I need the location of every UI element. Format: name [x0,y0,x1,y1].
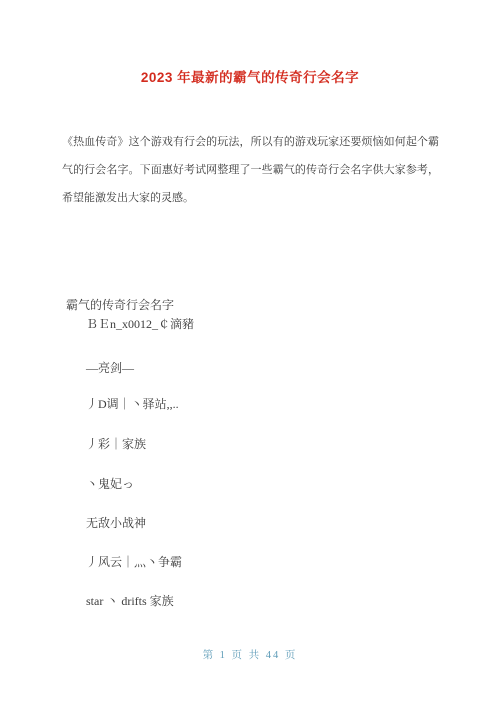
guild-name-item: 丿彩｜家族 [86,435,146,452]
guild-name-item: ＢＥn_x0012_￠滴豬 [86,315,194,332]
page-footer: 第 1 页 共 44 页 [0,647,500,662]
guild-name-item: —亮剑— [86,359,134,376]
guild-name-item: 丶鬼妃っ [86,475,134,492]
intro-paragraph: 《热血传奇》这个游戏有行会的玩法，所以有的游戏玩家还要烦恼如何起个霸气的行会名字… [62,128,439,212]
guild-name-item: 丿D调｜丶驿站,,.. [86,395,179,412]
document-title: 2023 年最新的霸气的传奇行会名字 [0,66,500,86]
document-page: 2023 年最新的霸气的传奇行会名字 《热血传奇》这个游戏有行会的玩法，所以有的… [0,0,500,707]
guild-list-heading: 霸气的传奇行会名字 [66,296,174,313]
page-number-label: 第 1 页 共 44 页 [203,650,298,661]
guild-name-item: 丿风云｜灬丶争霸 [86,553,182,570]
guild-name-item: star 丶 drifts 家族 [86,592,174,609]
guild-name-item: 无敌小战神 [86,514,146,531]
